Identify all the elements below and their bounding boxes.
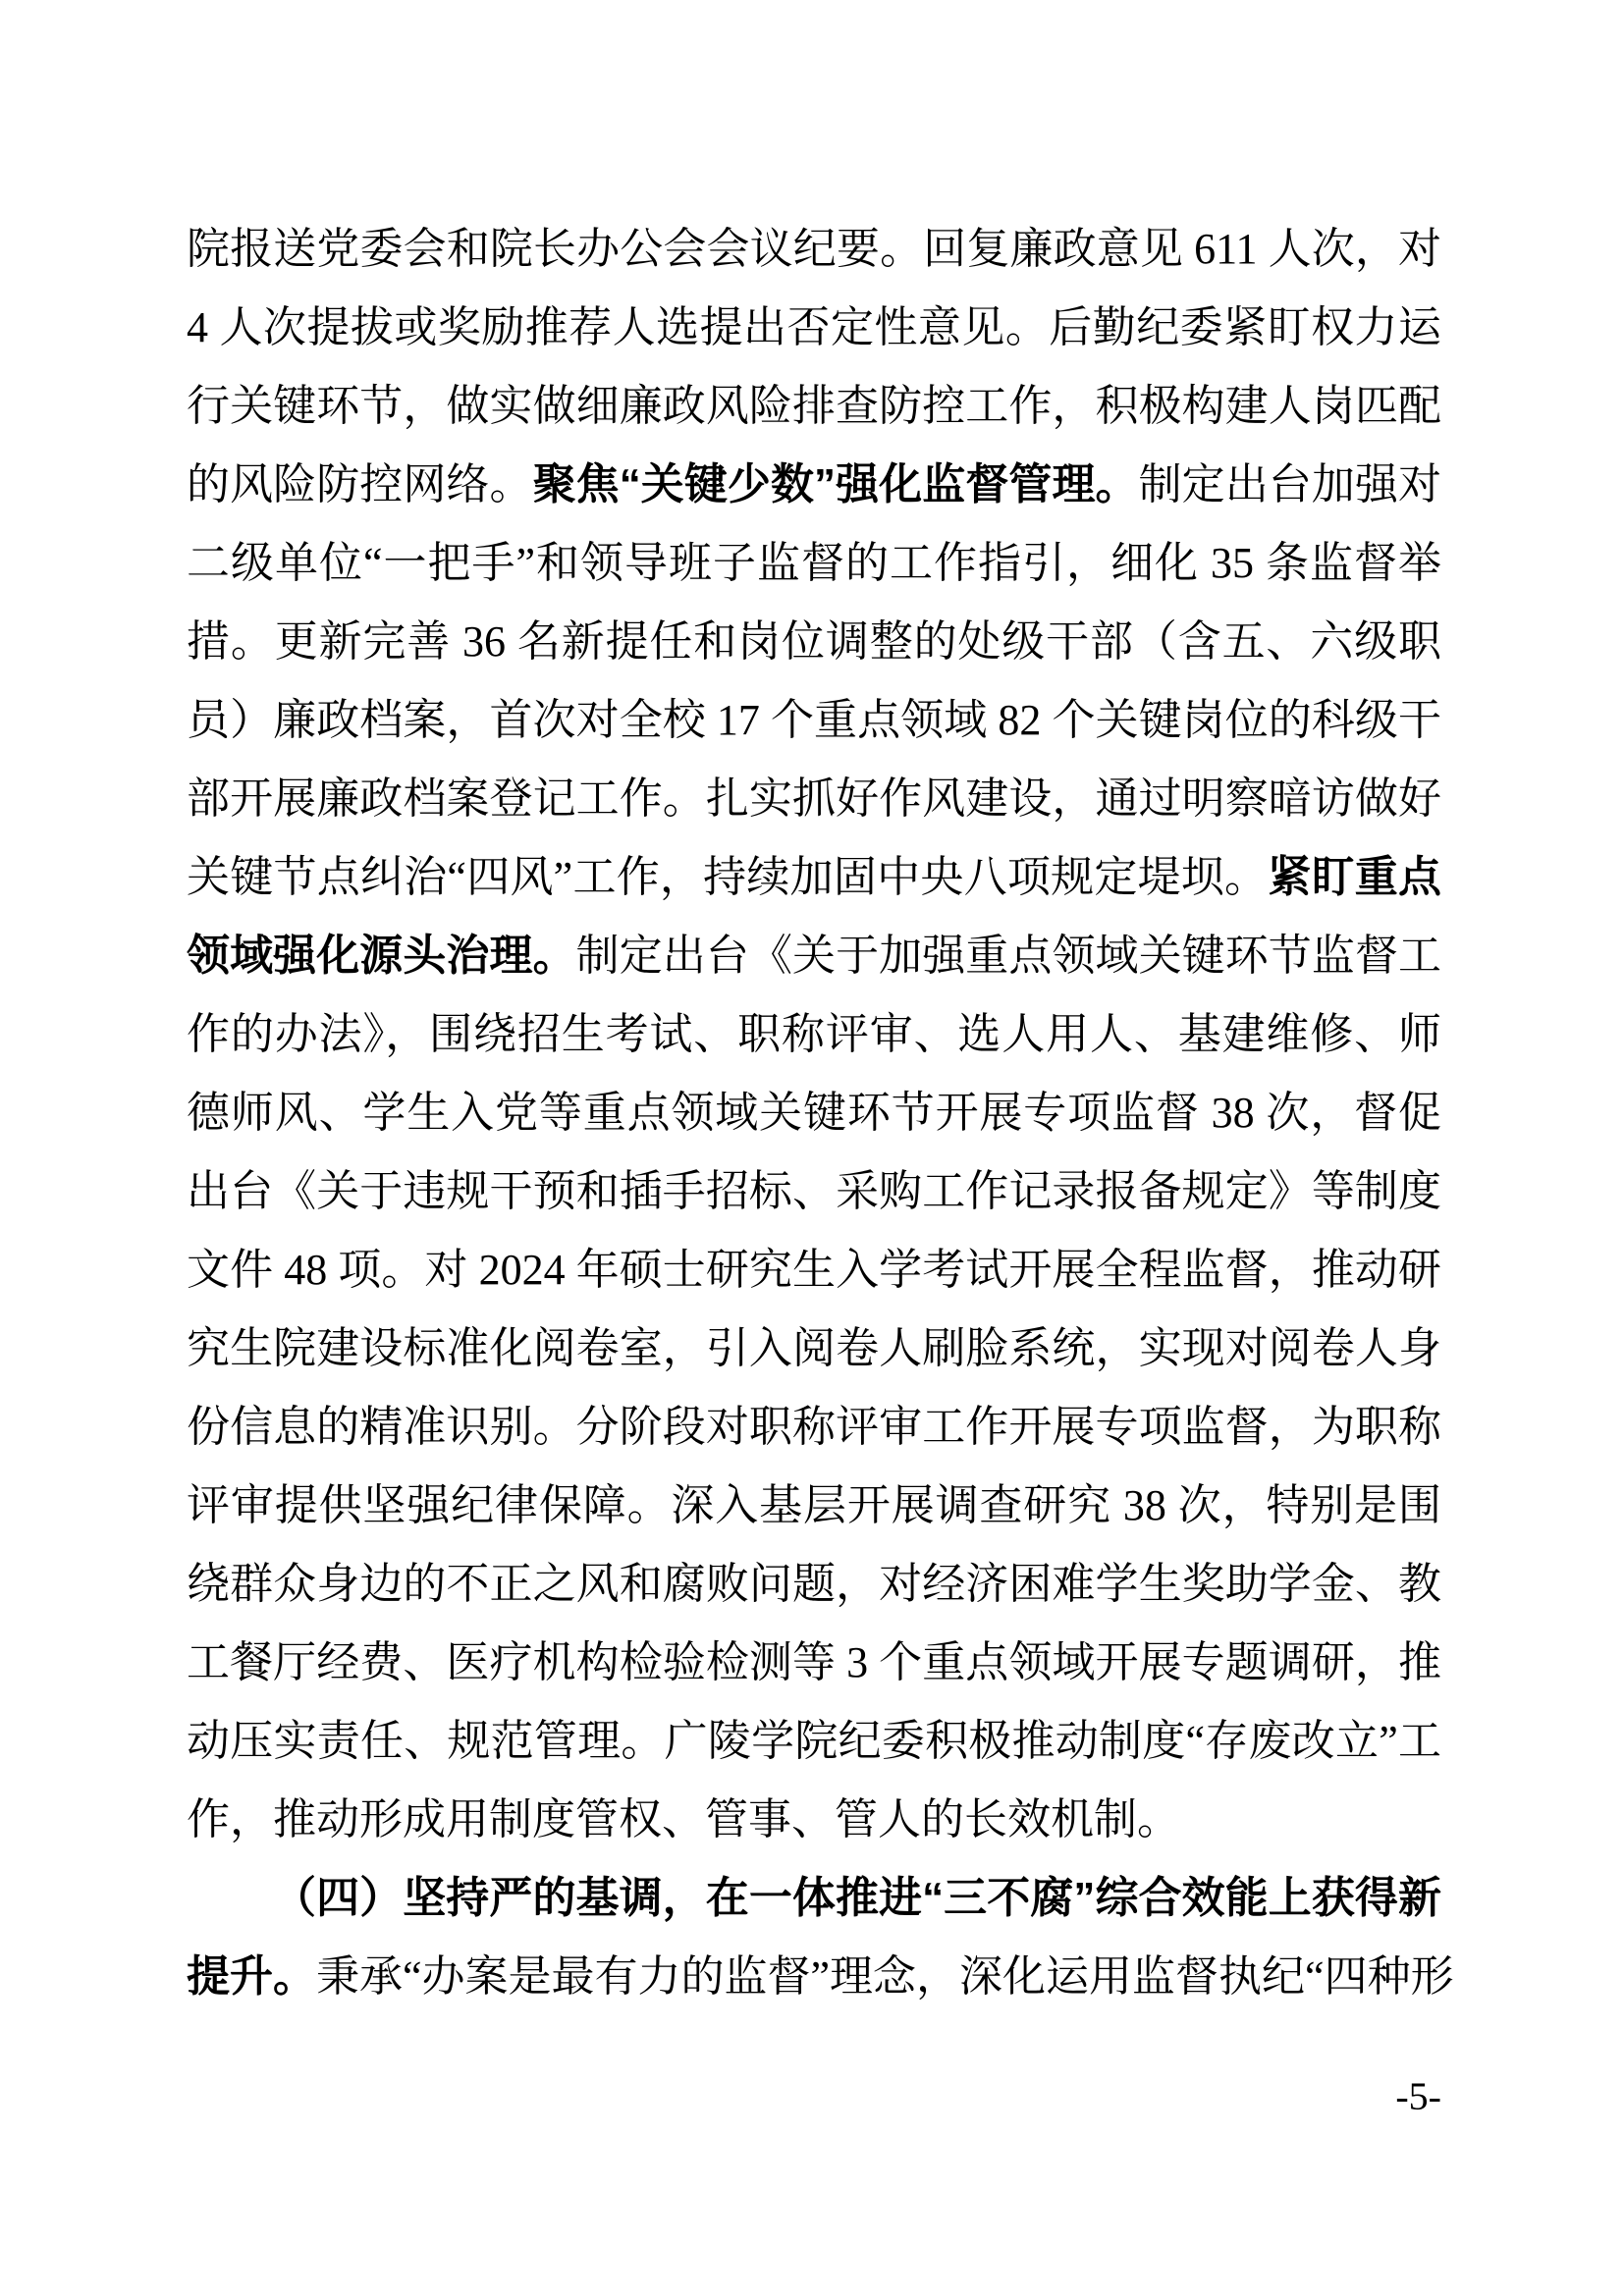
text-segment: 部开展廉政档案登记工作。扎实抓好作风建设，通过明察暗访做好 [187, 774, 1441, 823]
text-segment: 院报送党委会和院长办公会会议纪要。回复廉政意见 611 人次，对 [187, 225, 1441, 273]
text-segment: 措。更新完善 36 名新提任和岗位调整的处级干部（含五、六级职 [187, 617, 1441, 666]
text-segment: 作的办法》，围绕招生考试、职称评审、选人用人、基建维修、师 [187, 1010, 1441, 1058]
text-line: 行关键环节，做实做细廉政风险排查防控工作，积极构建人岗匹配 [187, 367, 1441, 446]
text-line: 作，推动形成用制度管权、管事、管人的长效机制。 [187, 1781, 1441, 1859]
text-line: 作的办法》，围绕招生考试、职称评审、选人用人、基建维修、师 [187, 995, 1441, 1074]
emphasis-text-segment: 聚焦“关键少数”强化监督管理。 [533, 460, 1139, 508]
text-line: 评审提供坚强纪律保障。深入基层开展调查研究 38 次，特别是围 [187, 1467, 1441, 1545]
text-segment: 行关键环节，做实做细廉政风险排查防控工作，积极构建人岗匹配 [187, 382, 1441, 430]
emphasis-text-segment: 提升。 [187, 1952, 316, 2001]
text-line: 文件 48 项。对 2024 年硕士研究生入学考试开展全程监督，推动研 [187, 1231, 1441, 1309]
text-line: 部开展廉政档案登记工作。扎实抓好作风建设，通过明察暗访做好 [187, 760, 1441, 838]
text-line: （四）坚持严的基调，在一体推进“三不腐”综合效能上获得新 [187, 1859, 1441, 1938]
text-segment: 评审提供坚强纪律保障。深入基层开展调查研究 38 次，特别是围 [187, 1481, 1441, 1529]
text-line: 领域强化源头治理。制定出台《关于加强重点领域关键环节监督工 [187, 917, 1441, 995]
text-line: 究生院建设标准化阅卷室，引入阅卷人刷脸系统，实现对阅卷人身 [187, 1309, 1441, 1388]
text-segment: 德师风、学生入党等重点领域关键环节开展专项监督 38 次，督促 [187, 1089, 1441, 1137]
text-segment: 4 人次提拔或奖励推荐人选提出否定性意见。后勤纪委紧盯权力运 [187, 303, 1441, 351]
text-line: 措。更新完善 36 名新提任和岗位调整的处级干部（含五、六级职 [187, 603, 1441, 681]
text-line: 员）廉政档案，首次对全校 17 个重点领域 82 个关键岗位的科级干 [187, 681, 1441, 760]
page-number: -5- [1395, 2073, 1441, 2120]
text-line: 出台《关于违规干预和插手招标、采购工作记录报备规定》等制度 [187, 1152, 1441, 1231]
text-segment: 秉承“办案是最有力的监督”理念，深化运用监督执纪“四种形 [316, 1952, 1454, 2001]
text-segment: 二级单位“一把手”和领导班子监督的工作指引，细化 35 条监督举 [187, 539, 1441, 587]
text-segment: 关键节点纠治“四风”工作，持续加固中央八项规定堤坝。 [187, 853, 1268, 901]
text-line: 份信息的精准识别。分阶段对职称评审工作开展专项监督，为职称 [187, 1388, 1441, 1467]
text-segment: 出台《关于违规干预和插手招标、采购工作记录报备规定》等制度 [187, 1167, 1441, 1215]
text-segment: 工餐厅经费、医疗机构检验检测等 3 个重点领域开展专题调研，推 [187, 1638, 1441, 1686]
text-segment: 作，推动形成用制度管权、管事、管人的长效机制。 [187, 1795, 1180, 1843]
text-segment: 员）廉政档案，首次对全校 17 个重点领域 82 个关键岗位的科级干 [187, 696, 1441, 744]
text-segment: 份信息的精准识别。分阶段对职称评审工作开展专项监督，为职称 [187, 1403, 1441, 1451]
text-segment: 绕群众身边的不正之风和腐败问题，对经济困难学生奖助学金、教 [187, 1560, 1441, 1608]
emphasis-text-segment: 领域强化源头治理。 [187, 932, 576, 980]
emphasis-text-segment: （四）坚持严的基调，在一体推进“三不腐”综合效能上获得新 [273, 1874, 1441, 1922]
text-line: 德师风、学生入党等重点领域关键环节开展专项监督 38 次，督促 [187, 1074, 1441, 1152]
text-segment: 制定出台加强对 [1139, 460, 1441, 508]
text-line: 提升。秉承“办案是最有力的监督”理念，深化运用监督执纪“四种形 [187, 1938, 1441, 2016]
emphasis-text-segment: 紧盯重点 [1268, 853, 1441, 901]
text-segment: 的风险防控网络。 [187, 460, 533, 508]
text-line: 二级单位“一把手”和领导班子监督的工作指引，细化 35 条监督举 [187, 524, 1441, 603]
text-segment: 动压实责任、规范管理。广陵学院纪委积极推动制度“存废改立”工 [187, 1717, 1441, 1765]
text-line: 动压实责任、规范管理。广陵学院纪委积极推动制度“存废改立”工 [187, 1702, 1441, 1781]
text-line: 4 人次提拔或奖励推荐人选提出否定性意见。后勤纪委紧盯权力运 [187, 289, 1441, 367]
text-line: 关键节点纠治“四风”工作，持续加固中央八项规定堤坝。紧盯重点 [187, 838, 1441, 917]
text-line: 院报送党委会和院长办公会会议纪要。回复廉政意见 611 人次，对 [187, 210, 1441, 289]
text-line: 绕群众身边的不正之风和腐败问题，对经济困难学生奖助学金、教 [187, 1545, 1441, 1624]
document-page: 院报送党委会和院长办公会会议纪要。回复廉政意见 611 人次，对4 人次提拔或奖… [0, 0, 1624, 2296]
text-line: 工餐厅经费、医疗机构检验检测等 3 个重点领域开展专题调研，推 [187, 1624, 1441, 1702]
text-segment: 文件 48 项。对 2024 年硕士研究生入学考试开展全程监督，推动研 [187, 1246, 1441, 1294]
document-body: 院报送党委会和院长办公会会议纪要。回复廉政意见 611 人次，对4 人次提拔或奖… [187, 210, 1441, 2016]
text-line: 的风险防控网络。聚焦“关键少数”强化监督管理。制定出台加强对 [187, 446, 1441, 524]
text-segment: 究生院建设标准化阅卷室，引入阅卷人刷脸系统，实现对阅卷人身 [187, 1324, 1441, 1372]
text-segment: 制定出台《关于加强重点领域关键环节监督工 [576, 932, 1441, 980]
